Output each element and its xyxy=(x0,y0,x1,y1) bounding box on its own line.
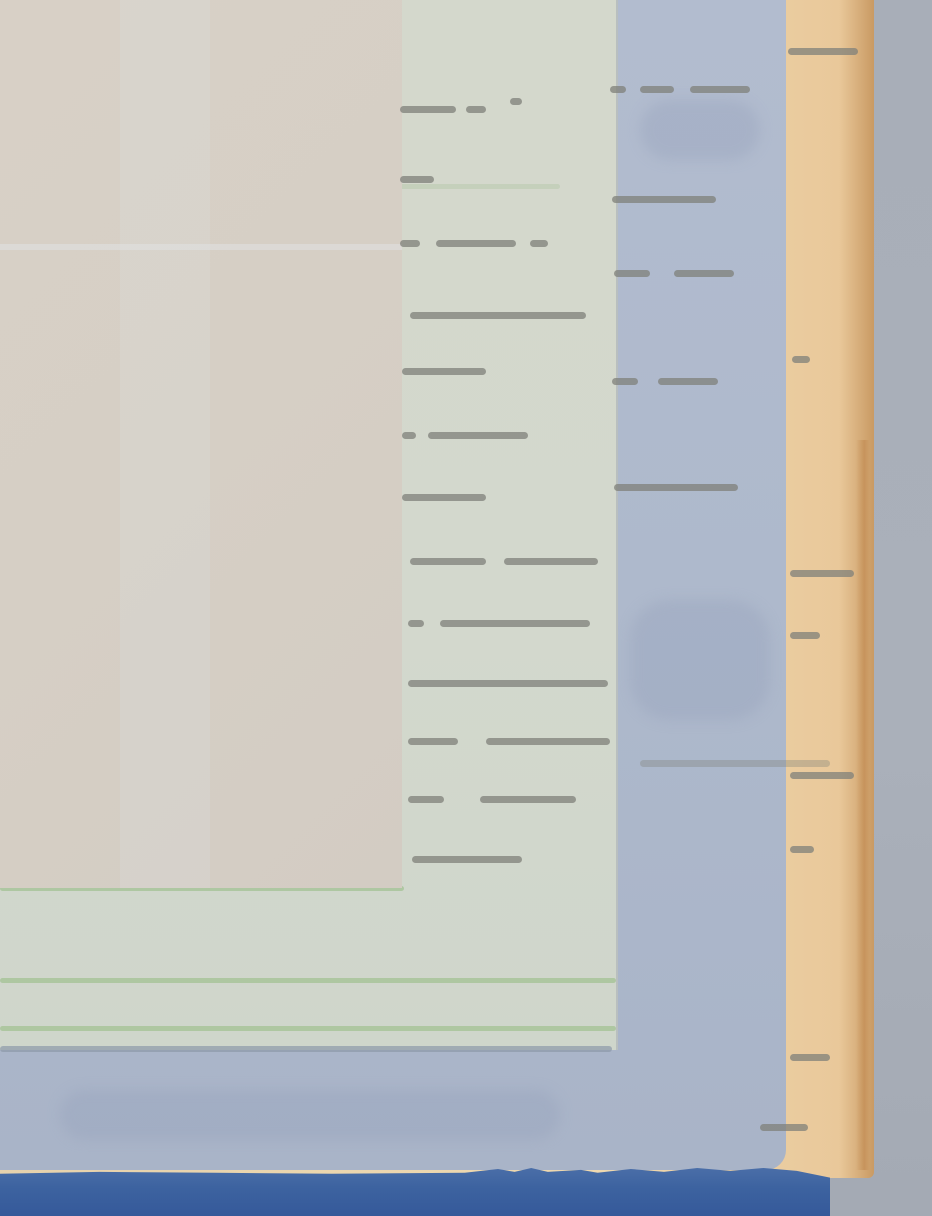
blue-wash-smudge xyxy=(640,100,760,160)
paper-crease-horizontal xyxy=(0,244,402,250)
ochre-sheet-edge-stain xyxy=(856,440,870,1170)
green-ruled-line xyxy=(400,184,560,189)
green-ruled-line xyxy=(0,978,616,983)
navy-painted-band xyxy=(0,1168,830,1216)
blue-wash-smudge xyxy=(630,600,770,720)
paper-crease-vertical xyxy=(120,0,210,888)
blue-wash-smudge xyxy=(60,1090,560,1140)
sheet-shadow-line xyxy=(0,1046,612,1052)
green-ruled-line xyxy=(0,1026,616,1031)
